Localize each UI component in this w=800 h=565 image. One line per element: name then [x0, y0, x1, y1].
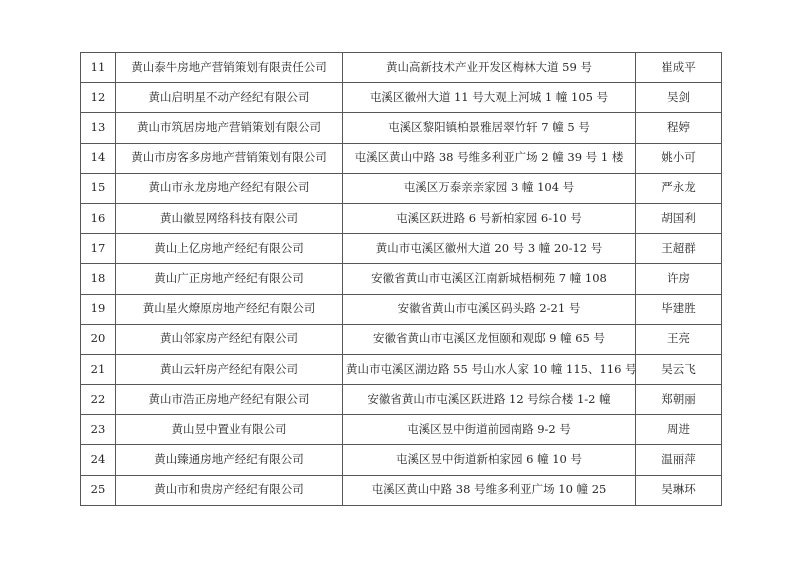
row-number-cell: 23	[81, 415, 116, 445]
company-name-cell: 黄山启明星不动产经纪有限公司	[116, 83, 343, 113]
table-row: 13黄山市筑居房地产营销策划有限公司屯溪区黎阳镇柏景雅居翠竹轩 7 幢 5 号程…	[81, 113, 722, 143]
company-name-cell: 黄山市房客多房地产营销策划有限公司	[116, 143, 343, 173]
company-name-cell: 黄山市永龙房地产经纪有限公司	[116, 173, 343, 203]
address-cell: 安徽省黄山市屯溪区码头路 2-21 号	[343, 294, 636, 324]
contact-name-cell: 程婷	[636, 113, 722, 143]
address-cell: 黄山市屯溪区徽州大道 20 号 3 幢 20-12 号	[343, 234, 636, 264]
address-cell: 安徽省黄山市屯溪区龙恒颐和观邸 9 幢 65 号	[343, 324, 636, 354]
address-cell: 安徽省黄山市屯溪区江南新城梧桐苑 7 幢 108	[343, 264, 636, 294]
company-name-cell: 黄山邻家房产经纪有限公司	[116, 324, 343, 354]
table-row: 24黄山臻通房地产经纪有限公司屯溪区昱中街道新柏家园 6 幢 10 号温丽萍	[81, 445, 722, 475]
contact-name-cell: 吴琳环	[636, 475, 722, 505]
row-number-cell: 21	[81, 354, 116, 384]
table-row: 20黄山邻家房产经纪有限公司安徽省黄山市屯溪区龙恒颐和观邸 9 幢 65 号王亮	[81, 324, 722, 354]
address-cell: 屯溪区徽州大道 11 号大观上河城 1 幢 105 号	[343, 83, 636, 113]
company-name-cell: 黄山徽昱网络科技有限公司	[116, 203, 343, 233]
row-number-cell: 17	[81, 234, 116, 264]
table-row: 21黄山云轩房产经纪有限公司黄山市屯溪区湖边路 55 号山水人家 10 幢 11…	[81, 354, 722, 384]
company-name-cell: 黄山泰牛房地产营销策划有限责任公司	[116, 53, 343, 83]
company-name-cell: 黄山市浩正房地产经纪有限公司	[116, 385, 343, 415]
company-name-cell: 黄山云轩房产经纪有限公司	[116, 354, 343, 384]
row-number-cell: 22	[81, 385, 116, 415]
table-row: 19黄山星火燎原房地产经纪有限公司安徽省黄山市屯溪区码头路 2-21 号毕建胜	[81, 294, 722, 324]
address-cell: 屯溪区万泰亲亲家园 3 幢 104 号	[343, 173, 636, 203]
table-row: 16黄山徽昱网络科技有限公司屯溪区跃进路 6 号新柏家园 6-10 号胡国利	[81, 203, 722, 233]
address-cell: 屯溪区黎阳镇柏景雅居翠竹轩 7 幢 5 号	[343, 113, 636, 143]
contact-name-cell: 许房	[636, 264, 722, 294]
row-number-cell: 16	[81, 203, 116, 233]
row-number-cell: 18	[81, 264, 116, 294]
address-cell: 屯溪区跃进路 6 号新柏家园 6-10 号	[343, 203, 636, 233]
table-row: 17黄山上亿房地产经纪有限公司黄山市屯溪区徽州大道 20 号 3 幢 20-12…	[81, 234, 722, 264]
company-name-cell: 黄山上亿房地产经纪有限公司	[116, 234, 343, 264]
contact-name-cell: 王亮	[636, 324, 722, 354]
table-row: 23黄山昱中置业有限公司屯溪区昱中街道前园南路 9-2 号周进	[81, 415, 722, 445]
company-name-cell: 黄山广正房地产经纪有限公司	[116, 264, 343, 294]
company-name-cell: 黄山市和贵房产经纪有限公司	[116, 475, 343, 505]
table-row: 22黄山市浩正房地产经纪有限公司安徽省黄山市屯溪区跃进路 12 号综合楼 1-2…	[81, 385, 722, 415]
table-row: 12黄山启明星不动产经纪有限公司屯溪区徽州大道 11 号大观上河城 1 幢 10…	[81, 83, 722, 113]
address-cell: 安徽省黄山市屯溪区跃进路 12 号综合楼 1-2 幢	[343, 385, 636, 415]
row-number-cell: 14	[81, 143, 116, 173]
contact-name-cell: 王超群	[636, 234, 722, 264]
contact-name-cell: 严永龙	[636, 173, 722, 203]
address-cell: 屯溪区黄山中路 38 号维多利亚广场 10 幢 25	[343, 475, 636, 505]
table-row: 15黄山市永龙房地产经纪有限公司屯溪区万泰亲亲家园 3 幢 104 号严永龙	[81, 173, 722, 203]
company-name-cell: 黄山昱中置业有限公司	[116, 415, 343, 445]
company-name-cell: 黄山市筑居房地产营销策划有限公司	[116, 113, 343, 143]
table-row: 11黄山泰牛房地产营销策划有限责任公司黄山高新技术产业开发区梅林大道 59 号崔…	[81, 53, 722, 83]
contact-name-cell: 毕建胜	[636, 294, 722, 324]
address-cell: 屯溪区昱中街道新柏家园 6 幢 10 号	[343, 445, 636, 475]
contact-name-cell: 温丽萍	[636, 445, 722, 475]
table-row: 14黄山市房客多房地产营销策划有限公司屯溪区黄山中路 38 号维多利亚广场 2 …	[81, 143, 722, 173]
row-number-cell: 13	[81, 113, 116, 143]
table-row: 18黄山广正房地产经纪有限公司安徽省黄山市屯溪区江南新城梧桐苑 7 幢 108许…	[81, 264, 722, 294]
contact-name-cell: 吴云飞	[636, 354, 722, 384]
company-name-cell: 黄山星火燎原房地产经纪有限公司	[116, 294, 343, 324]
company-name-cell: 黄山臻通房地产经纪有限公司	[116, 445, 343, 475]
company-table: 11黄山泰牛房地产营销策划有限责任公司黄山高新技术产业开发区梅林大道 59 号崔…	[80, 52, 722, 506]
row-number-cell: 15	[81, 173, 116, 203]
row-number-cell: 25	[81, 475, 116, 505]
row-number-cell: 12	[81, 83, 116, 113]
row-number-cell: 24	[81, 445, 116, 475]
contact-name-cell: 周进	[636, 415, 722, 445]
contact-name-cell: 吴剑	[636, 83, 722, 113]
address-cell: 黄山市屯溪区湖边路 55 号山水人家 10 幢 115、116 号	[343, 354, 636, 384]
contact-name-cell: 崔成平	[636, 53, 722, 83]
document-page: 11黄山泰牛房地产营销策划有限责任公司黄山高新技术产业开发区梅林大道 59 号崔…	[0, 0, 800, 565]
table-body: 11黄山泰牛房地产营销策划有限责任公司黄山高新技术产业开发区梅林大道 59 号崔…	[81, 53, 722, 506]
table-row: 25黄山市和贵房产经纪有限公司屯溪区黄山中路 38 号维多利亚广场 10 幢 2…	[81, 475, 722, 505]
contact-name-cell: 胡国利	[636, 203, 722, 233]
row-number-cell: 19	[81, 294, 116, 324]
contact-name-cell: 姚小可	[636, 143, 722, 173]
address-cell: 屯溪区昱中街道前园南路 9-2 号	[343, 415, 636, 445]
row-number-cell: 11	[81, 53, 116, 83]
contact-name-cell: 郑朝丽	[636, 385, 722, 415]
address-cell: 黄山高新技术产业开发区梅林大道 59 号	[343, 53, 636, 83]
address-cell: 屯溪区黄山中路 38 号维多利亚广场 2 幢 39 号 1 楼	[343, 143, 636, 173]
row-number-cell: 20	[81, 324, 116, 354]
